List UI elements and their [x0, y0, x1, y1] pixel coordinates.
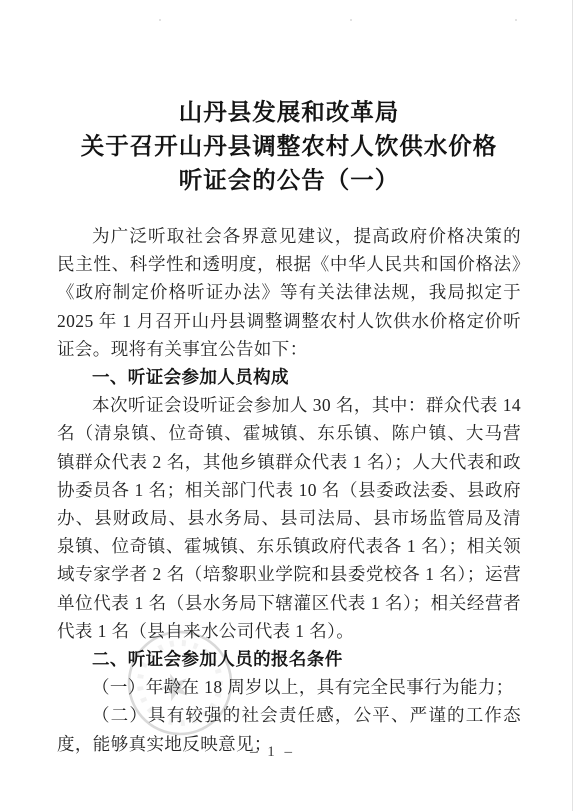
scan-speck — [159, 19, 161, 21]
section-1-paragraph: 本次听证会设听证会参加人 30 名，其中：群众代表 14 名（清泉镇、位奇镇、霍… — [57, 391, 521, 645]
section-1-heading: 一、听证会参加人员构成 — [57, 363, 521, 391]
page-number: – 1 – — [0, 744, 545, 761]
condition-item-1: （一）年龄在 18 周岁以上，具有完全民事行为能力； — [57, 673, 521, 701]
title-line-2: 关于召开山丹县调整农村人饮供水价格 — [57, 130, 521, 164]
scan-edge-shadow — [572, 0, 573, 811]
title-line-1: 山丹县发展和改革局 — [57, 96, 521, 130]
scan-speck — [350, 19, 352, 21]
scan-speck — [515, 19, 517, 21]
document-title: 山丹县发展和改革局 关于召开山丹县调整农村人饮供水价格 听证会的公告（一） — [57, 96, 521, 198]
document-content: 山丹县发展和改革局 关于召开山丹县调整农村人饮供水价格 听证会的公告（一） 为广… — [57, 96, 521, 758]
document-page: ★ 山丹县发展和改革局 关于召开山丹县调整农村人饮供水价格 听证会的公告（一） … — [0, 0, 575, 811]
intro-paragraph: 为广泛听取社会各界意见建议，提高政府价格决策的民主性、科学性和透明度，根据《中华… — [57, 222, 521, 363]
title-line-3: 听证会的公告（一） — [57, 164, 521, 198]
section-2-heading: 二、听证会参加人员的报名条件 — [57, 645, 521, 673]
